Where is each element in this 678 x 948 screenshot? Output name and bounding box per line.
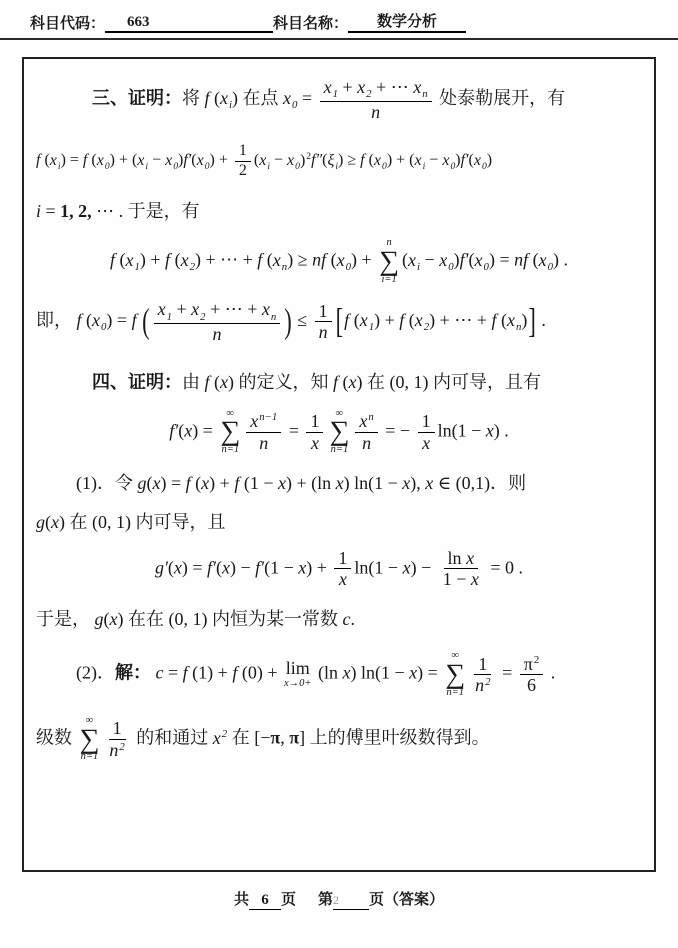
math-token: f: [205, 88, 215, 108]
math-token: x1: [158, 299, 172, 319]
math-token: ),: [410, 473, 425, 493]
math-token: 在 [−: [227, 728, 270, 748]
math-token: −: [148, 152, 165, 169]
math-token: ) +: [140, 250, 165, 270]
math-token: x: [222, 557, 230, 577]
math-token: f′: [207, 557, 216, 577]
math-subscript: n: [422, 88, 427, 100]
math-token: ,: [280, 728, 289, 748]
math-token: −: [270, 152, 287, 169]
answer-box: 三、证明：将 f (xi) 在点 x0 = x1 + x2 + ⋯ xnn 处泰…: [22, 57, 656, 872]
math-token: x: [311, 433, 319, 453]
math-token: f′: [460, 250, 469, 270]
math-token: ) + (: [110, 152, 138, 169]
math-token: n: [259, 433, 268, 453]
math-token: f: [491, 310, 501, 330]
math-token: x2: [181, 250, 195, 270]
math-token: ) −: [230, 557, 255, 577]
math-token: (: [267, 250, 273, 270]
sum-lower-limit: n=1: [331, 444, 349, 457]
fraction-numerator: xn−1: [246, 411, 281, 433]
math-token: ) =: [489, 250, 514, 270]
limit-name: lim: [286, 659, 310, 679]
math-token: g: [138, 473, 147, 493]
math-token: 1: [338, 548, 347, 568]
math-token: ) ≥: [287, 250, 312, 270]
math-fraction: 1n2: [471, 654, 494, 696]
math-token: n2: [475, 675, 490, 695]
math-token: x: [278, 473, 286, 493]
math-token: −: [420, 250, 439, 270]
sigma-icon: ∑: [379, 250, 399, 274]
math-token: ⋯ . 于是，有: [92, 201, 200, 221]
math-token: ) .: [494, 420, 509, 440]
math-token: ) + (: [387, 152, 415, 169]
math-token: f: [257, 250, 267, 270]
fraction-numerator: x1 + x2 + ⋯ xn: [320, 77, 432, 102]
current-page-prefix: 第: [318, 892, 333, 908]
math-token: n: [212, 324, 221, 344]
math-token: +: [338, 77, 357, 97]
jensen-conclusion-formula: 即， f (x0) = f (x1 + x2 + ⋯ + xnn) ≤ 1n[f…: [36, 299, 642, 344]
total-pages-prefix: 共: [234, 892, 249, 908]
math-token: xi: [220, 88, 232, 108]
math-token: n: [362, 433, 371, 453]
math-token: −: [425, 152, 442, 169]
math-token: x: [110, 609, 118, 629]
fraction-denominator: n: [208, 324, 225, 345]
total-pages-value: 6: [249, 892, 281, 910]
math-token: 1: [310, 411, 319, 431]
math-token: ) 的定义，知: [228, 372, 333, 392]
math-token: 1: [319, 301, 328, 321]
math-token: ) 在点: [232, 88, 283, 108]
math-token: g′: [155, 557, 168, 577]
math-token: x0: [439, 250, 453, 270]
limit-operator: limx→0+: [284, 659, 312, 691]
derivative-series-formula: f′(x) = ∞∑n=1xn−1n = 1x∞∑n=1xnn = − 1xln…: [36, 408, 642, 457]
math-token: nf: [514, 250, 533, 270]
fraction-denominator: x: [335, 569, 351, 590]
math-token: 2: [239, 162, 247, 179]
math-token: 级数: [36, 728, 77, 748]
math-token: 1 −: [443, 569, 471, 589]
math-token: xn: [273, 250, 287, 270]
math-fraction: 1x: [334, 548, 351, 590]
total-pages-suffix: 页: [281, 892, 296, 908]
math-token: ) +: [210, 152, 232, 169]
math-token: f′: [461, 152, 469, 169]
math-superscript: 2: [485, 676, 490, 688]
math-token: x0: [475, 250, 489, 270]
current-page-value: 2: [333, 893, 339, 907]
math-superscript: n−1: [259, 411, 277, 423]
summation-operator: ∞∑n=1: [445, 650, 465, 699]
math-token: ) ≥: [338, 152, 360, 169]
math-token: f: [186, 473, 196, 493]
fraction-denominator: n: [367, 102, 384, 123]
math-token: (: [175, 250, 181, 270]
math-token: x2: [191, 299, 205, 319]
math-token: ) 在在 (0, 1) 内恒为某一常数: [118, 609, 343, 629]
math-token: ) ln(1 −: [344, 473, 403, 493]
subject-name-label: 科目名称：: [273, 12, 348, 33]
math-token: (: [331, 250, 337, 270]
math-fraction: x1 + x2 + ⋯ + xnn: [154, 299, 281, 344]
page-header: 科目代码： 663 科目名称： 数学分析: [0, 0, 678, 33]
math-superscript: 2: [534, 654, 539, 666]
math-token: ) +: [351, 250, 376, 270]
math-token: ) =: [182, 557, 207, 577]
index-note: i = 1, 2, ⋯ . 于是，有: [36, 198, 642, 224]
math-token: x0: [97, 152, 110, 169]
math-token: (1)．令: [76, 473, 138, 493]
math-token: f: [399, 310, 409, 330]
sum-lower-limit: i=1: [381, 274, 396, 287]
fraction-numerator: ln x: [444, 548, 479, 570]
math-token: .: [546, 663, 555, 683]
math-token: (1 −: [244, 473, 278, 493]
math-token: 即，: [36, 310, 77, 330]
math-token: xi: [50, 152, 61, 169]
math-token: xn: [262, 299, 276, 319]
math-token: xi: [137, 152, 148, 169]
math-token: 处泰勒展开，有: [435, 88, 566, 108]
math-token: x: [349, 372, 357, 392]
math-token: ): [521, 310, 527, 330]
math-token: n: [319, 322, 328, 342]
math-fraction: 1n: [315, 301, 332, 343]
exam-answer-page: 科目代码： 663 科目名称： 数学分析 三、证明：将 f (xi) 在点 x0…: [0, 0, 678, 948]
fraction-numerator: x1 + x2 + ⋯ + xn: [154, 299, 281, 324]
math-token: n: [371, 102, 380, 122]
math-token: 四、证明：: [92, 372, 182, 392]
math-token: x1: [324, 77, 338, 97]
math-token: ) 在 (0, 1) 内可导，且有: [357, 372, 541, 392]
math-token: +: [172, 299, 191, 319]
math-token: x0: [92, 310, 106, 330]
math-token: (: [191, 152, 196, 169]
sec3-intro: 三、证明：将 f (xi) 在点 x0 = x1 + x2 + ⋯ xnn 处泰…: [36, 77, 642, 122]
subject-code-label: 科目代码：: [30, 12, 105, 33]
math-token: (: [409, 310, 415, 330]
math-token: ) =: [417, 663, 442, 683]
math-token: x2: [415, 310, 429, 330]
sum-lower-limit: n=1: [221, 444, 239, 457]
math-token: x1: [125, 250, 139, 270]
limit-condition: x→0+: [284, 678, 312, 691]
math-token: )2: [300, 152, 311, 169]
math-token: 于是，: [36, 609, 95, 629]
math-token: (ln: [313, 663, 342, 683]
math-token: x0: [539, 250, 553, 270]
math-token: x1: [360, 310, 374, 330]
summation-operator: ∞∑n=1: [80, 715, 100, 764]
math-token: (0) +: [242, 663, 282, 683]
math-token: 解：: [115, 663, 151, 683]
math-token: 三、证明：: [92, 88, 182, 108]
math-token: (1 −: [264, 557, 298, 577]
math-token: nf: [312, 250, 331, 270]
summation-operator: ∞∑n=1: [329, 408, 349, 457]
math-token: x0: [287, 152, 300, 169]
math-token: x: [184, 420, 192, 440]
math-token: x0: [165, 152, 178, 169]
math-token: =: [41, 201, 60, 221]
constant-conclusion: 于是， g(x) 在在 (0, 1) 内恒为某一常数 c.: [36, 606, 642, 632]
math-token: xn: [359, 411, 373, 431]
math-superscript: 2: [119, 741, 124, 753]
math-token: f″: [311, 152, 322, 169]
math-token: ln: [448, 548, 467, 568]
fraction-denominator: x: [418, 433, 434, 454]
math-token: 1: [239, 142, 247, 159]
fraction-numerator: 1: [418, 411, 435, 433]
math-token: ln(1 −: [438, 420, 486, 440]
fraction-numerator: 1: [109, 718, 126, 740]
math-token: 的和通过: [132, 728, 213, 748]
math-token: .: [537, 310, 546, 330]
fourier-series-note: 级数 ∞∑n=11n2 的和通过 x2 在 [−π, π] 上的傅里叶级数得到。: [36, 715, 642, 764]
math-token: n2: [109, 740, 124, 760]
math-token: ) +: [374, 310, 399, 330]
math-token: (: [354, 310, 360, 330]
math-subscript: n: [271, 311, 276, 323]
math-token: (: [469, 250, 475, 270]
math-fraction: 1x: [418, 411, 435, 453]
math-token: x2: [357, 77, 371, 97]
page-footer: 共6页第2页（答案）: [0, 888, 678, 910]
math-token: ∈ (0,1)．则: [433, 473, 526, 493]
math-token: .: [350, 609, 355, 629]
math-token: x2: [213, 728, 227, 748]
math-token: (: [44, 152, 49, 169]
math-token: 1: [422, 411, 431, 431]
fraction-numerator: π2: [520, 654, 544, 676]
math-token: x0: [283, 88, 297, 108]
math-token: xi: [408, 250, 420, 270]
math-token: f: [183, 663, 193, 683]
sum-lower-limit: n=1: [446, 687, 464, 700]
math-token: (2)．: [76, 663, 115, 683]
fraction-denominator: 6: [523, 675, 540, 696]
sum-inequality-formula: f (x1) + f (x2) + ⋯ + f (xn) ≥ nf (x0) +…: [36, 237, 642, 286]
math-token: ) =: [192, 420, 217, 440]
math-token: xi: [259, 152, 270, 169]
math-token: ) =: [161, 473, 186, 493]
math-token: =: [164, 663, 183, 683]
math-token: x0: [337, 250, 351, 270]
math-token: x: [201, 473, 209, 493]
math-token: f: [232, 663, 242, 683]
math-token: x0: [474, 152, 487, 169]
math-token: ) +: [209, 473, 234, 493]
fraction-denominator: n: [358, 433, 375, 454]
math-token: f: [344, 310, 354, 330]
math-token: f: [234, 473, 244, 493]
math-token: ) +: [306, 557, 331, 577]
math-token: x: [403, 557, 411, 577]
big-delimiter: ]: [528, 297, 536, 348]
math-token: x: [336, 473, 344, 493]
fraction-denominator: n2: [471, 675, 494, 696]
math-token: x: [422, 433, 430, 453]
math-superscript: n: [368, 411, 373, 423]
math-token: ) 在 (0, 1) 内可导，且: [59, 512, 225, 532]
subject-name-value: 数学分析: [348, 10, 466, 33]
math-token: 6: [527, 675, 536, 695]
part2-solution-formula: (2)．解： c = f (1) + f (0) + limx→0+ (ln x…: [36, 650, 642, 699]
math-token: f: [333, 372, 343, 392]
math-fraction: xn−1n: [246, 411, 281, 453]
math-token: ) =: [106, 310, 131, 330]
math-token: (: [533, 250, 539, 270]
current-page-suffix: 页（答案）: [369, 892, 444, 908]
fraction-denominator: 1 − x: [439, 569, 483, 590]
math-token: g: [36, 512, 45, 532]
math-token: 由: [182, 372, 205, 392]
fraction-numerator: 1: [235, 142, 251, 161]
big-delimiter: [: [336, 297, 344, 348]
math-token: x: [409, 663, 417, 683]
fraction-numerator: xn: [355, 411, 377, 433]
math-token: ) −: [411, 557, 436, 577]
sec4-intro: 四、证明：由 f (x) 的定义，知 f (x) 在 (0, 1) 内可导，且有: [36, 369, 642, 395]
fraction-denominator: n: [255, 433, 272, 454]
taylor-expansion-formula: f (xi) = f (x0) + (xi − x0)f′(x0) + 12(x…: [36, 142, 642, 180]
math-fraction: ln x1 − x: [439, 548, 483, 590]
math-token: x0: [442, 152, 455, 169]
math-token: + ⋯: [372, 77, 414, 97]
math-token: f′: [255, 557, 264, 577]
math-token: ) + ⋯ +: [429, 310, 491, 330]
math-token: f: [77, 310, 87, 330]
math-token: ): [487, 152, 492, 169]
math-token: x: [486, 420, 494, 440]
math-fraction: 1x: [306, 411, 323, 453]
fraction-denominator: x: [307, 433, 323, 454]
math-token: x: [174, 557, 182, 577]
math-token: + ⋯ +: [206, 299, 262, 319]
current-page-underline: 2: [333, 892, 369, 910]
sigma-icon: ∑: [220, 420, 240, 444]
math-token: x0: [374, 152, 387, 169]
math-token: = 0 .: [486, 557, 523, 577]
fraction-numerator: 1: [315, 301, 332, 323]
math-token: x: [466, 548, 474, 568]
sum-lower-limit: n=1: [81, 751, 99, 764]
subject-code-value: 663: [105, 14, 273, 33]
math-token: 1: [113, 718, 122, 738]
math-token: 1: [478, 654, 487, 674]
math-token: ) ln(1 −: [350, 663, 409, 683]
sigma-icon: ∑: [80, 728, 100, 752]
math-token: xn: [413, 77, 427, 97]
fraction-denominator: 2: [235, 162, 251, 180]
math-fraction: xnn: [355, 411, 377, 453]
fraction-numerator: 1: [474, 654, 491, 676]
math-token: π: [270, 728, 280, 748]
header-divider: [0, 38, 678, 40]
math-token: g: [95, 609, 104, 629]
math-fraction: x1 + x2 + ⋯ xnn: [320, 77, 432, 122]
math-token: =: [284, 420, 303, 440]
math-token: f: [165, 250, 175, 270]
math-token: f: [360, 152, 368, 169]
math-fraction: 1n2: [105, 718, 128, 760]
math-token: ≤: [293, 310, 312, 330]
math-token: ) .: [553, 250, 568, 270]
math-token: ) + (ln: [286, 473, 336, 493]
math-token: f′: [169, 420, 178, 440]
fraction-denominator: n2: [105, 740, 128, 761]
fraction-numerator: 1: [334, 548, 351, 570]
math-token: x: [471, 569, 479, 589]
fraction-numerator: 1: [306, 411, 323, 433]
g-differentiable-note: g(x) 在 (0, 1) 内可导，且: [36, 509, 642, 535]
sigma-icon: ∑: [445, 663, 465, 687]
math-token: f: [205, 372, 215, 392]
fraction-denominator: n: [315, 322, 332, 343]
math-token: ] 上的傅里叶级数得到。: [299, 728, 490, 748]
math-token: x: [339, 569, 347, 589]
math-token: π: [289, 728, 299, 748]
math-token: ξi: [328, 152, 339, 169]
math-token: ln(1 −: [354, 557, 402, 577]
math-token: =: [297, 88, 316, 108]
math-fraction: 12: [235, 142, 251, 180]
math-token: ) + ⋯ +: [195, 250, 257, 270]
math-token: c: [156, 663, 164, 683]
math-fraction: π26: [520, 654, 544, 696]
math-token: (: [322, 152, 327, 169]
math-token: xi: [415, 152, 426, 169]
math-token: x: [51, 512, 59, 532]
math-token: x: [153, 473, 161, 493]
math-token: (: [91, 152, 96, 169]
summation-operator: ∞∑n=1: [220, 408, 240, 457]
g-derivative-formula: g′(x) = f′(x) − f′(1 − x) + 1xln(1 − x) …: [36, 548, 642, 590]
big-delimiter: ): [284, 297, 292, 348]
math-token: xn: [507, 310, 521, 330]
math-token: π2: [524, 654, 540, 674]
math-token: =: [498, 663, 517, 683]
math-token: x: [220, 372, 228, 392]
part1-setup: (1)．令 g(x) = f (x) + f (1 − x) + (ln x) …: [36, 470, 642, 496]
math-token: (1) +: [192, 663, 232, 683]
math-token: 将: [182, 88, 205, 108]
math-token: x0: [197, 152, 210, 169]
math-token: 1, 2,: [60, 201, 92, 221]
summation-operator: n∑i=1: [379, 237, 399, 286]
math-token: xn−1: [250, 411, 277, 431]
math-token: ) =: [61, 152, 83, 169]
sigma-icon: ∑: [329, 420, 349, 444]
math-token: f: [132, 310, 142, 330]
big-delimiter: (: [142, 297, 150, 348]
math-token: = −: [381, 420, 415, 440]
